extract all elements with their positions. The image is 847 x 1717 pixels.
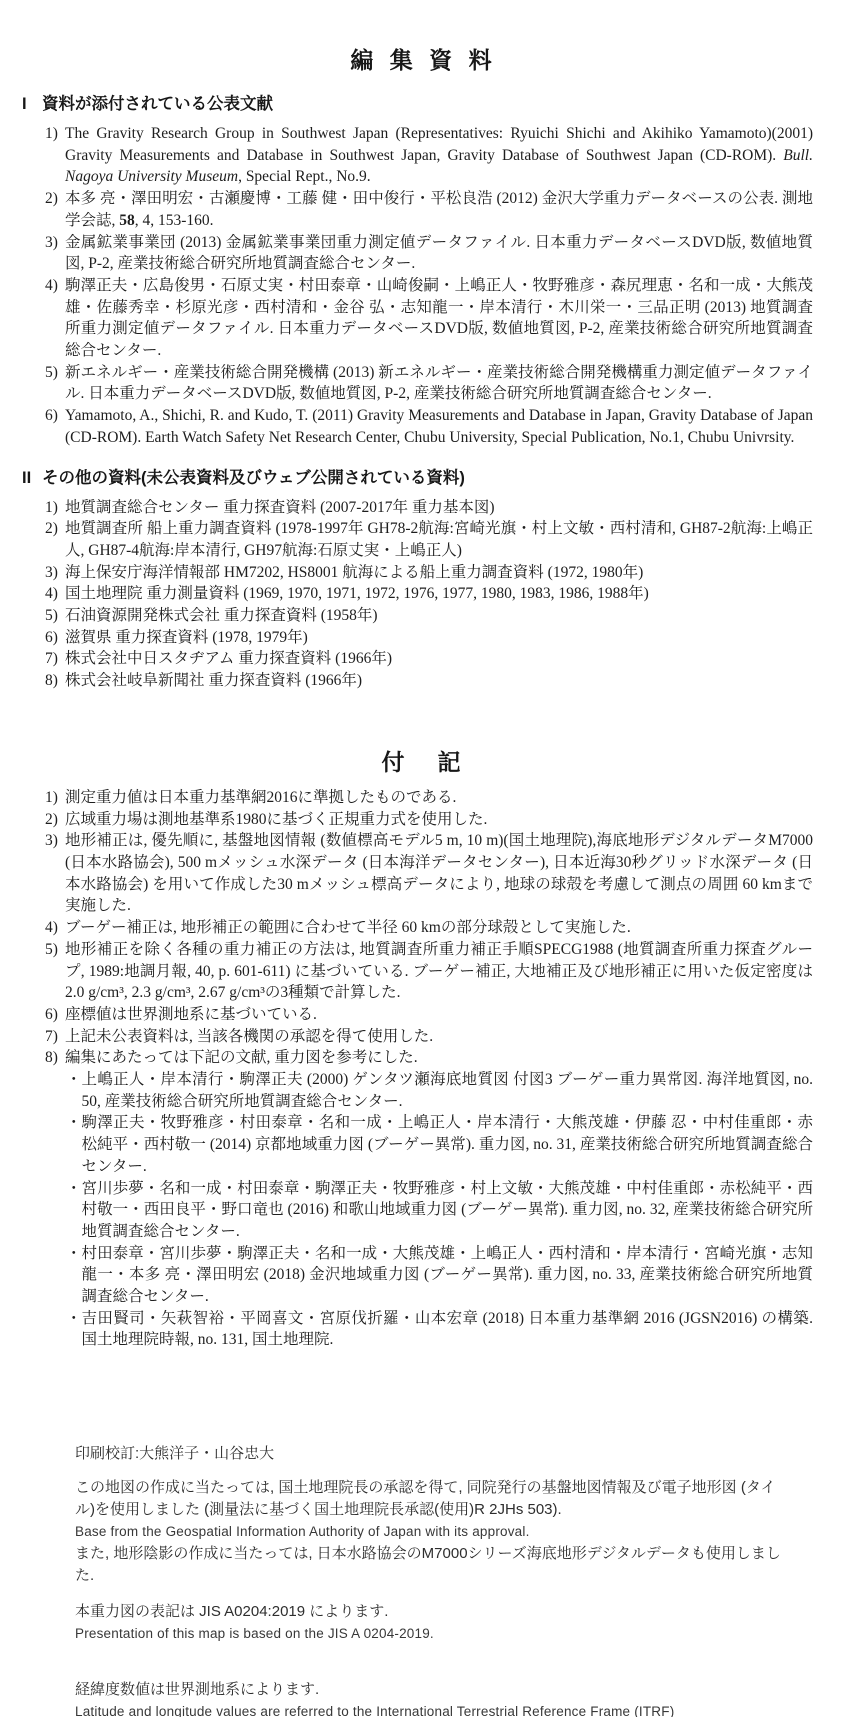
item-number: 1) — [45, 497, 65, 519]
bullet: ・ — [66, 1243, 82, 1308]
item-number: 6) — [45, 627, 65, 649]
item-number: 5) — [45, 362, 65, 405]
reference-item: 3) 金属鉱業事業団 (2013) 金属鉱業事業団重力測定値データファイル. 日… — [45, 232, 813, 275]
reference-item: 6) 滋賀県 重力探査資料 (1978, 1979年) — [45, 627, 813, 649]
note-item: 6) 座標値は世界測地系に基づいている. — [45, 1004, 813, 1026]
item-text: 滋賀県 重力探査資料 (1978, 1979年) — [65, 627, 813, 649]
reference-item: 1) The Gravity Research Group in Southwe… — [45, 123, 813, 188]
item-text: 宮川歩夢・名和一成・村田泰章・駒澤正夫・牧野雅彦・村上文敏・大熊茂雄・中村佳重郎… — [82, 1178, 813, 1243]
item-number: 3) — [45, 562, 65, 584]
item-text: 石油資源開発株式会社 重力探査資料 (1958年) — [65, 605, 813, 627]
footer-notes: 印刷校訂:大熊洋子・山谷忠大 この地図の作成に当たっては, 国土地理院長の承認を… — [75, 1443, 781, 1717]
cited-work-item: ・ 村田泰章・宮川歩夢・駒澤正夫・名和一成・大熊茂雄・上嶋正人・西村清和・岸本清… — [66, 1243, 813, 1308]
section-numeral: II — [22, 467, 42, 489]
print-proof-credit: 印刷校訂:大熊洋子・山谷忠大 — [75, 1443, 781, 1465]
bullet: ・ — [66, 1112, 82, 1177]
item-number: 1) — [45, 787, 65, 809]
jis-notation-note-en: Presentation of this map is based on the… — [75, 1623, 781, 1645]
item-number: 6) — [45, 405, 65, 448]
reference-item: 6) Yamamoto, A., Shichi, R. and Kudo, T.… — [45, 405, 813, 448]
cited-work-item: ・ 宮川歩夢・名和一成・村田泰章・駒澤正夫・牧野雅彦・村上文敏・大熊茂雄・中村佳… — [66, 1178, 813, 1243]
item-text: Yamamoto, A., Shichi, R. and Kudo, T. (2… — [65, 405, 813, 448]
item-number: 7) — [45, 648, 65, 670]
cited-work-item: ・ 駒澤正夫・牧野雅彦・村田泰章・名和一成・上嶋正人・岸本清行・大熊茂雄・伊藤 … — [66, 1112, 813, 1177]
item-number: 6) — [45, 1004, 65, 1026]
item-number: 8) — [45, 670, 65, 692]
cited-work-item: ・ 上嶋正人・岸本清行・駒澤正夫 (2000) ゲンタツ瀬海底地質図 付図3 ブ… — [66, 1069, 813, 1112]
note-item: 2) 広域重力場は測地基準系1980に基づく正規重力式を使用した. — [45, 809, 813, 831]
item-text: 地形補正は, 優先順に, 基盤地図情報 (数値標高モデル5 m, 10 m)(国… — [65, 830, 813, 917]
reference-item: 4) 国土地理院 重力測量資料 (1969, 1970, 1971, 1972,… — [45, 583, 813, 605]
item-text: 地形補正を除く各種の重力補正の方法は, 地質調査所重力補正手順SPECG1988… — [65, 939, 813, 1004]
appendix-title: 付 記 — [0, 744, 847, 777]
section-numeral: I — [22, 93, 42, 115]
item-number: 1) — [45, 123, 65, 188]
item-number: 4) — [45, 275, 65, 362]
item-text: 村田泰章・宮川歩夢・駒澤正夫・名和一成・大熊茂雄・上嶋正人・西村清和・岸本清行・… — [82, 1243, 813, 1308]
datum-note-en: Latitude and longitude values are referr… — [75, 1701, 781, 1717]
section-heading-text: その他の資料(未公表資料及びウェブ公開されている資料) — [42, 467, 465, 489]
item-number: 5) — [45, 605, 65, 627]
item-number: 4) — [45, 917, 65, 939]
shading-data-note: また, 地形陰影の作成に当たっては, 日本水路協会のM7000シリーズ海底地形デ… — [75, 1543, 781, 1587]
giaj-approval-note-jp: この地図の作成に当たっては, 国土地理院長の承認を得て, 同院発行の基盤地図情報… — [75, 1477, 781, 1521]
reference-item: 3) 海上保安庁海洋情報部 HM7202, HS8001 航海による船上重力調査… — [45, 562, 813, 584]
appendix-notes-list: 1) 測定重力値は日本重力基準網2016に準拠したものである. 2) 広域重力場… — [45, 787, 813, 1351]
item-number: 2) — [45, 188, 65, 231]
reference-item: 2) 地質調査所 船上重力調査資料 (1978-1997年 GH78-2航海:宮… — [45, 518, 813, 561]
item-text: 吉田賢司・矢萩智裕・平岡喜文・宮原伐折羅・山本宏章 (2018) 日本重力基準網… — [82, 1308, 813, 1351]
item-number: 3) — [45, 232, 65, 275]
item-text: 新エネルギー・産業技術総合開発機構 (2013) 新エネルギー・産業技術総合開発… — [65, 362, 813, 405]
note-item: 8) 編集にあたっては下記の文献, 重力図を参考にした. — [45, 1047, 813, 1069]
bullet: ・ — [66, 1308, 82, 1351]
cited-work-item: ・ 吉田賢司・矢萩智裕・平岡喜文・宮原伐折羅・山本宏章 (2018) 日本重力基… — [66, 1308, 813, 1351]
item-text: 金属鉱業事業団 (2013) 金属鉱業事業団重力測定値データファイル. 日本重力… — [65, 232, 813, 275]
bullet: ・ — [66, 1069, 82, 1112]
item-text: 編集にあたっては下記の文献, 重力図を参考にした. — [65, 1047, 813, 1069]
document-title: 編 集 資 料 — [0, 0, 847, 75]
section-heading-text: 資料が添付されている公表文献 — [42, 93, 273, 115]
other-refs-list: 1) 地質調査総合センター 重力探査資料 (2007-2017年 重力基本図) … — [45, 497, 813, 692]
datum-note-jp: 経緯度数値は世界測地系によります. — [75, 1679, 781, 1701]
item-number: 2) — [45, 809, 65, 831]
item-text: 株式会社岐阜新聞社 重力探査資料 (1966年) — [65, 670, 813, 692]
item-number: 2) — [45, 518, 65, 561]
item-text: 上記未公表資料は, 当該各機関の承認を得て使用した. — [65, 1026, 813, 1048]
note-item: 7) 上記未公表資料は, 当該各機関の承認を得て使用した. — [45, 1026, 813, 1048]
item-number: 7) — [45, 1026, 65, 1048]
item-number: 8) — [45, 1047, 65, 1069]
note-item: 5) 地形補正を除く各種の重力補正の方法は, 地質調査所重力補正手順SPECG1… — [45, 939, 813, 1004]
jis-notation-note-jp: 本重力図の表記は JIS A0204:2019 によります. — [75, 1601, 781, 1623]
reference-item: 7) 株式会社中日スタヂアム 重力探査資料 (1966年) — [45, 648, 813, 670]
document-page: 編 集 資 料 I 資料が添付されている公表文献 1) The Gravity … — [0, 0, 847, 1717]
item-text: 本多 亮・澤田明宏・古瀬慶博・工藤 健・田中俊行・平松良浩 (2012) 金沢大… — [65, 188, 813, 231]
section-heading-other-refs: II その他の資料(未公表資料及びウェブ公開されている資料) — [22, 467, 813, 489]
reference-item: 5) 石油資源開発株式会社 重力探査資料 (1958年) — [45, 605, 813, 627]
item-text: The Gravity Research Group in Southwest … — [65, 123, 813, 188]
published-refs-list: 1) The Gravity Research Group in Southwe… — [45, 123, 813, 449]
item-text: 株式会社中日スタヂアム 重力探査資料 (1966年) — [65, 648, 813, 670]
item-text: 海上保安庁海洋情報部 HM7202, HS8001 航海による船上重力調査資料 … — [65, 562, 813, 584]
item-text: 上嶋正人・岸本清行・駒澤正夫 (2000) ゲンタツ瀬海底地質図 付図3 ブーゲ… — [82, 1069, 813, 1112]
item-text: 地質調査所 船上重力調査資料 (1978-1997年 GH78-2航海:宮崎光旗… — [65, 518, 813, 561]
reference-item: 5) 新エネルギー・産業技術総合開発機構 (2013) 新エネルギー・産業技術総… — [45, 362, 813, 405]
reference-item: 2) 本多 亮・澤田明宏・古瀬慶博・工藤 健・田中俊行・平松良浩 (2012) … — [45, 188, 813, 231]
item-number: 5) — [45, 939, 65, 1004]
item-text: ブーゲー補正は, 地形補正の範囲に合わせて半径 60 kmの部分球殻として実施し… — [65, 917, 813, 939]
note-item: 1) 測定重力値は日本重力基準網2016に準拠したものである. — [45, 787, 813, 809]
note-item: 4) ブーゲー補正は, 地形補正の範囲に合わせて半径 60 kmの部分球殻として… — [45, 917, 813, 939]
section-heading-published-refs: I 資料が添付されている公表文献 — [22, 93, 813, 115]
note-item: 3) 地形補正は, 優先順に, 基盤地図情報 (数値標高モデル5 m, 10 m… — [45, 830, 813, 917]
item-number: 4) — [45, 583, 65, 605]
item-text: 測定重力値は日本重力基準網2016に準拠したものである. — [65, 787, 813, 809]
reference-item: 4) 駒澤正夫・広島俊男・石原丈実・村田泰章・山崎俊嗣・上嶋正人・牧野雅彦・森尻… — [45, 275, 813, 362]
reference-item: 8) 株式会社岐阜新聞社 重力探査資料 (1966年) — [45, 670, 813, 692]
item-text: 地質調査総合センター 重力探査資料 (2007-2017年 重力基本図) — [65, 497, 813, 519]
spacer — [0, 777, 847, 787]
item-number: 3) — [45, 830, 65, 917]
item-text: 駒澤正夫・牧野雅彦・村田泰章・名和一成・上嶋正人・岸本清行・大熊茂雄・伊藤 忍・… — [82, 1112, 813, 1177]
item-text: 座標値は世界測地系に基づいている. — [65, 1004, 813, 1026]
item-text: 国土地理院 重力測量資料 (1969, 1970, 1971, 1972, 19… — [65, 583, 813, 605]
item-text: 駒澤正夫・広島俊男・石原丈実・村田泰章・山崎俊嗣・上嶋正人・牧野雅彦・森尻理恵・… — [65, 275, 813, 362]
giaj-approval-note-en: Base from the Geospatial Information Aut… — [75, 1521, 781, 1543]
bullet: ・ — [66, 1178, 82, 1243]
reference-item: 1) 地質調査総合センター 重力探査資料 (2007-2017年 重力基本図) — [45, 497, 813, 519]
item-text: 広域重力場は測地基準系1980に基づく正規重力式を使用した. — [65, 809, 813, 831]
